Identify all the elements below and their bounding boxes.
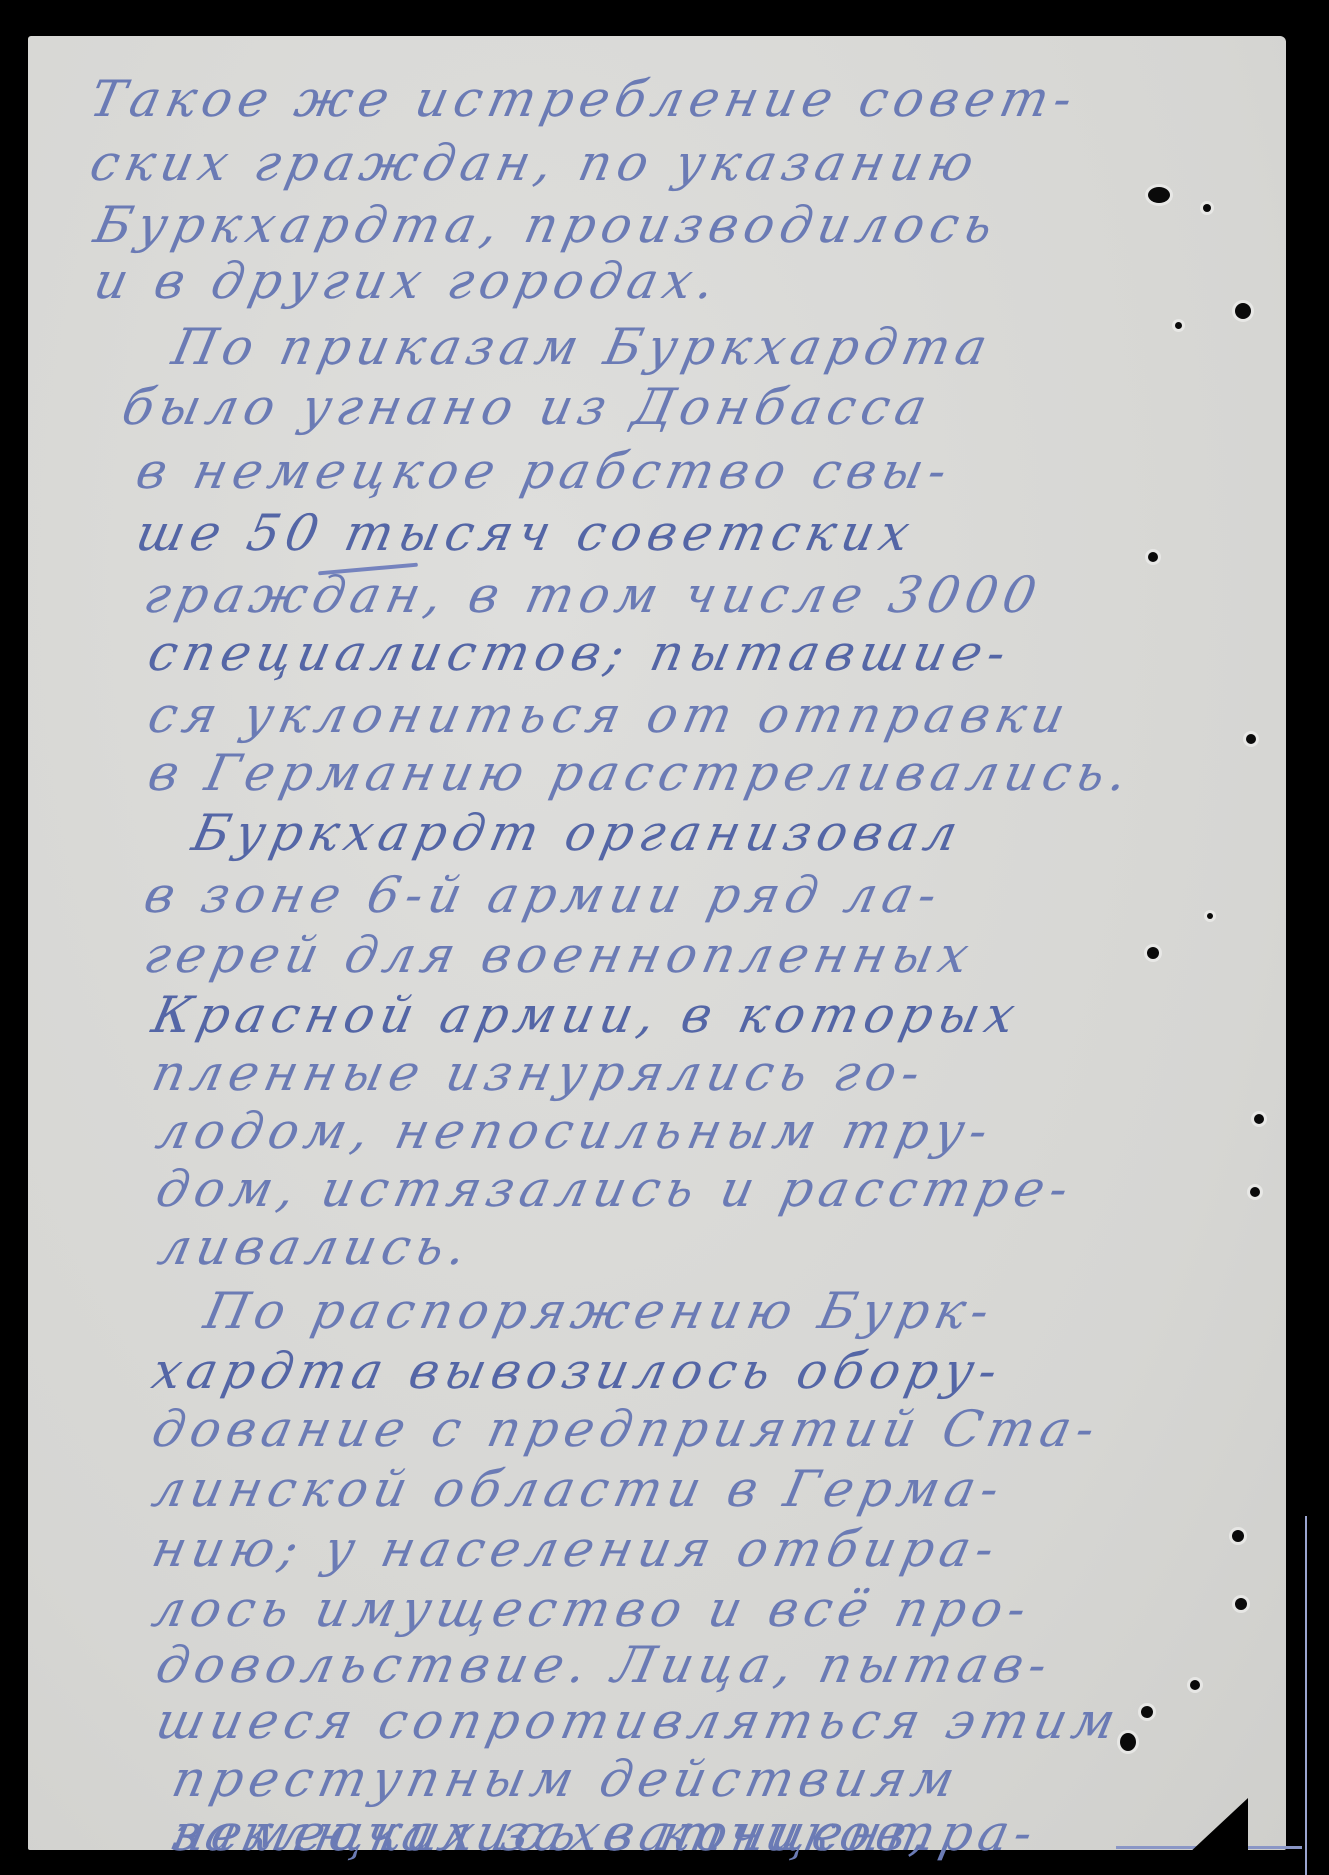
text-line: граждан, в том числе 3000 — [140, 570, 1047, 620]
text-line: ливались. — [154, 1222, 477, 1272]
text-line: По распоряжению Бурк- — [200, 1286, 999, 1336]
punch-hole-icon — [1235, 1598, 1247, 1610]
punch-hole-icon — [1147, 947, 1159, 959]
text-line: в немецкое рабство свы- — [132, 446, 957, 496]
text-line: Такое же истребление совет- — [86, 74, 1082, 124]
text-line: в Германию расстреливались. — [144, 748, 1138, 798]
text-line: ских граждан, по указанию — [86, 138, 984, 188]
text-line: шиеся сопротивляться этим — [152, 1696, 1126, 1746]
text-line: хардта вывозилось обору- — [148, 1346, 1008, 1396]
punch-hole-icon — [1232, 1530, 1244, 1542]
text-line: лось имущество и всё про- — [148, 1584, 1036, 1634]
text-line: герей для военнопленных — [140, 930, 979, 980]
text-line: Буркхардта, производилось — [90, 200, 1003, 250]
text-line: линской области в Герма- — [148, 1464, 1009, 1514]
text-line: довольствие. Лица, пытав- — [152, 1640, 1057, 1690]
text-line: специалистов; пытавшие- — [144, 628, 1016, 678]
text-line: дом, истязались и расстре- — [152, 1164, 1078, 1214]
torn-corner — [1188, 1798, 1248, 1854]
text-line: преступным действиям — [168, 1754, 965, 1804]
text-line: дование с предприятий Ста- — [148, 1404, 1105, 1454]
text-line: Красной армии, в которых — [148, 990, 1025, 1040]
handwritten-text-block: Такое же истребление совет- ских граждан… — [28, 36, 1286, 1850]
punch-hole-icon — [1235, 303, 1251, 319]
text-line: заключались в концентра- — [168, 1808, 1043, 1858]
punch-hole-icon — [1207, 913, 1213, 919]
margin-rule — [1305, 1516, 1307, 1875]
text-line: было угнано из Донбасса — [118, 382, 937, 432]
punch-hole-icon — [1175, 322, 1182, 329]
punch-hole-icon — [1203, 204, 1211, 212]
text-line: По приказам Буркхардта — [168, 322, 997, 372]
text-line: ше 50 тысяч советских — [132, 508, 920, 558]
text-line: нию; у населения отбира- — [148, 1524, 1004, 1574]
text-line: лодом, непосильным тру- — [152, 1106, 998, 1156]
manuscript-page: Такое же истребление совет- ских граждан… — [28, 36, 1286, 1850]
punch-hole-icon — [1148, 552, 1158, 562]
punch-hole-icon — [1254, 1114, 1264, 1124]
text-line: в зоне 6-й армии ряд ла- — [140, 870, 947, 920]
punch-hole-icon — [1141, 1706, 1153, 1718]
text-line: ся уклониться от отправки — [144, 690, 1075, 740]
text-line: Буркхардт организовал — [188, 808, 968, 858]
punch-hole-icon — [1120, 1733, 1136, 1751]
punch-hole-icon — [1246, 734, 1256, 744]
text-line: пленные изнурялись го- — [148, 1048, 930, 1098]
punch-hole-icon — [1190, 1680, 1200, 1690]
punch-hole-icon — [1250, 1187, 1260, 1197]
punch-hole-icon — [1148, 187, 1170, 203]
text-line: и в других городах. — [90, 256, 725, 306]
